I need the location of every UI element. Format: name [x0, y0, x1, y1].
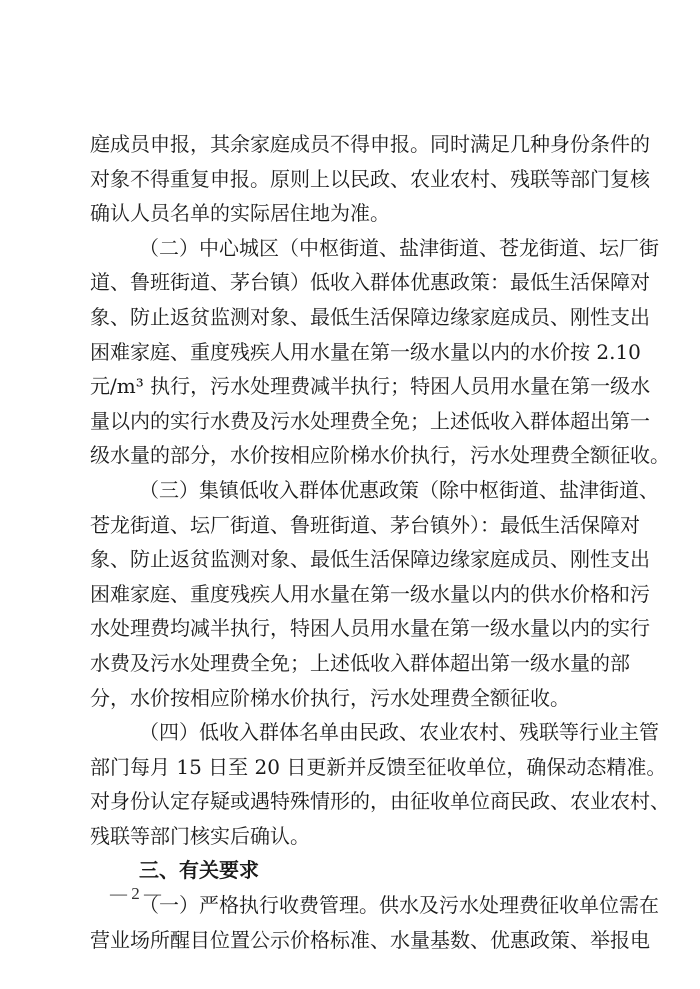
text-line: 对象不得重复申报。原则上以民政、农业农村、残联等部门复核: [90, 162, 615, 197]
paragraph-text: 供水及污水处理费征收单位需在: [379, 893, 659, 917]
paragraph-3-first-line: （三）集镇低收入群体优惠政策（除中枢街道、盐津街道、: [90, 473, 615, 508]
text-line: 残联等部门核实后确认。: [90, 819, 615, 854]
paragraph-4-first-line: （四）低收入群体名单由民政、农业农村、残联等行业主管: [90, 715, 615, 750]
document-page: 庭成员申报，其余家庭成员不得申报。同时满足几种身份条件的 对象不得重复申报。原则…: [0, 0, 700, 989]
text-line: 确认人员名单的实际居住地为准。: [90, 196, 615, 231]
text-line: 水费及污水处理费全免；上述低收入群体超出第一级水量的部: [90, 646, 615, 681]
text-line: 对身份认定存疑或遇特殊情形的，由征收单位商民政、农业农村、: [90, 784, 615, 819]
text-line: 苍龙街道、坛厂街道、鲁班街道、茅台镇外）：最低生活保障对: [90, 508, 615, 543]
section-paragraph-first-line: （一）严格执行收费管理。供水及污水处理费征收单位需在: [90, 888, 615, 923]
text-line: 分，水价按相应阶梯水价执行，污水处理费全额征收。: [90, 681, 615, 716]
text-line: 水处理费均减半执行，特困人员用水量在第一级水量以内的实行: [90, 611, 615, 646]
paragraph-2-first-line: （二）中心城区（中枢街道、盐津街道、苍龙街道、坛厂街: [90, 231, 615, 266]
section-heading: 三、有关要求: [90, 853, 615, 888]
page-number: — 2 —: [110, 882, 161, 906]
text-line: 困难家庭、重度残疾人用水量在第一级水量以内的水价按 2.10: [90, 335, 615, 370]
text-line: 级水量的部分，水价按相应阶梯水价执行，污水处理费全额征收。: [90, 438, 615, 473]
text-line: 量以内的实行水费及污水处理费全免；上述低收入群体超出第一: [90, 404, 615, 439]
paragraph-lead: （一）严格执行收费管理。: [139, 893, 379, 917]
document-body: 庭成员申报，其余家庭成员不得申报。同时满足几种身份条件的 对象不得重复申报。原则…: [90, 127, 615, 957]
text-line: 象、防止返贫监测对象、最低生活保障边缘家庭成员、刚性支出: [90, 542, 615, 577]
text-line: 道、鲁班街道、茅台镇）低收入群体优惠政策：最低生活保障对: [90, 265, 615, 300]
text-line: 部门每月 15 日至 20 日更新并反馈至征收单位，确保动态精准。: [90, 750, 615, 785]
text-line: 庭成员申报，其余家庭成员不得申报。同时满足几种身份条件的: [90, 127, 615, 162]
text-line: 营业场所醒目位置公示价格标准、水量基数、优惠政策、举报电: [90, 923, 615, 958]
text-line: 象、防止返贫监测对象、最低生活保障边缘家庭成员、刚性支出: [90, 300, 615, 335]
text-line: 元/m³ 执行，污水处理费减半执行；特困人员用水量在第一级水: [90, 369, 615, 404]
text-line: 困难家庭、重度残疾人用水量在第一级水量以内的供水价格和污: [90, 577, 615, 612]
